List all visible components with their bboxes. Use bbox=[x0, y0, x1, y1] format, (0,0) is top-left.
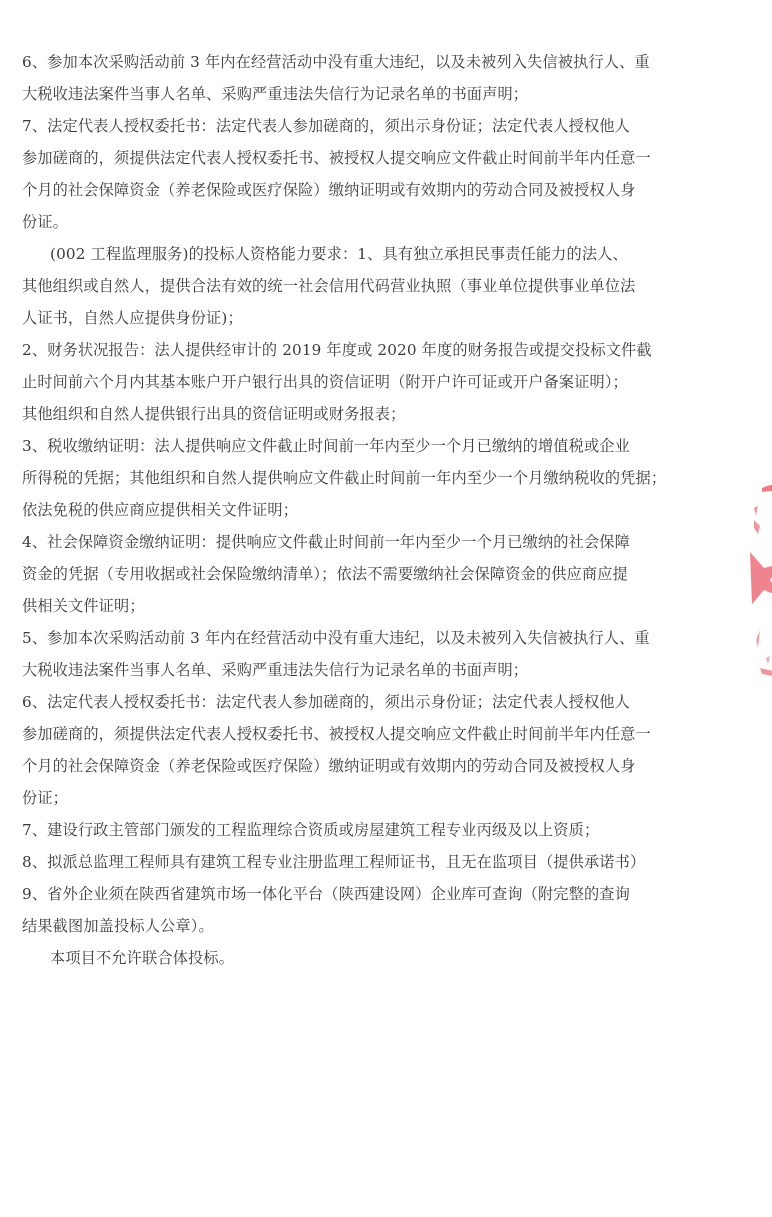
text-line: 3、税收缴纳证明：法人提供响应文件截止时间前一年内至少一个月已缴纳的增值税或企业 bbox=[22, 430, 672, 462]
text-line: 大税收违法案件当事人名单、采购严重违法失信行为记录名单的书面声明； bbox=[22, 78, 672, 110]
text-line: 其他组织或自然人，提供合法有效的统一社会信用代码营业执照（事业单位提供事业单位法 bbox=[22, 270, 672, 302]
text-line: 9、省外企业须在陕西省建筑市场一体化平台（陕西建设网）企业库可查询（附完整的查询 bbox=[22, 878, 672, 910]
text-line: 其他组织和自然人提供银行出具的资信证明或财务报表； bbox=[22, 398, 672, 430]
text-line: 份证； bbox=[22, 782, 672, 814]
document-page: 6、参加本次采购活动前 3 年内在经营活动中没有重大违纪，以及未被列入失信被执行… bbox=[22, 46, 672, 974]
text-line: 8、拟派总监理工程师具有建筑工程专业注册监理工程师证书，且无在监项目（提供承诺书… bbox=[22, 846, 672, 878]
text-line: 参加磋商的，须提供法定代表人授权委托书、被授权人提交响应文件截止时间前半年内任意… bbox=[22, 142, 672, 174]
text-line: (002 工程监理服务)的投标人资格能力要求：1、具有独立承担民事责任能力的法人… bbox=[22, 238, 672, 270]
text-line: 依法免税的供应商应提供相关文件证明； bbox=[22, 494, 672, 526]
text-line: 资金的凭据（专用收据或社会保险缴纳清单）；依法不需要缴纳社会保障资金的供应商应提 bbox=[22, 558, 672, 590]
text-line: 人证书，自然人应提供身份证)； bbox=[22, 302, 672, 334]
text-line: 2、财务状况报告：法人提供经审计的 2019 年度或 2020 年度的财务报告或… bbox=[22, 334, 672, 366]
text-line: 供相关文件证明； bbox=[22, 590, 672, 622]
text-line: 本项目不允许联合体投标。 bbox=[22, 942, 672, 974]
text-line: 7、法定代表人授权委托书：法定代表人参加磋商的，须出示身份证；法定代表人授权他人 bbox=[22, 110, 672, 142]
red-seal-stamp-fragment bbox=[750, 480, 772, 690]
text-line: 7、建设行政主管部门颁发的工程监理综合资质或房屋建筑工程专业丙级及以上资质； bbox=[22, 814, 672, 846]
text-line: 结果截图加盖投标人公章）。 bbox=[22, 910, 672, 942]
text-line: 止时间前六个月内其基本账户开户银行出具的资信证明（附开户许可证或开户备案证明）； bbox=[22, 366, 672, 398]
text-line: 6、参加本次采购活动前 3 年内在经营活动中没有重大违纪，以及未被列入失信被执行… bbox=[22, 46, 672, 78]
text-line: 个月的社会保障资金（养老保险或医疗保险）缴纳证明或有效期内的劳动合同及被授权人身 bbox=[22, 174, 672, 206]
text-line: 所得税的凭据；其他组织和自然人提供响应文件截止时间前一年内至少一个月缴纳税收的凭… bbox=[22, 462, 672, 494]
text-line: 5、参加本次采购活动前 3 年内在经营活动中没有重大违纪，以及未被列入失信被执行… bbox=[22, 622, 672, 654]
text-line: 份证。 bbox=[22, 206, 672, 238]
text-line: 6、法定代表人授权委托书：法定代表人参加磋商的，须出示身份证；法定代表人授权他人 bbox=[22, 686, 672, 718]
text-line: 大税收违法案件当事人名单、采购严重违法失信行为记录名单的书面声明； bbox=[22, 654, 672, 686]
text-line: 参加磋商的，须提供法定代表人授权委托书、被授权人提交响应文件截止时间前半年内任意… bbox=[22, 718, 672, 750]
text-line: 个月的社会保障资金（养老保险或医疗保险）缴纳证明或有效期内的劳动合同及被授权人身 bbox=[22, 750, 672, 782]
text-line: 4、社会保障资金缴纳证明：提供响应文件截止时间前一年内至少一个月已缴纳的社会保障 bbox=[22, 526, 672, 558]
